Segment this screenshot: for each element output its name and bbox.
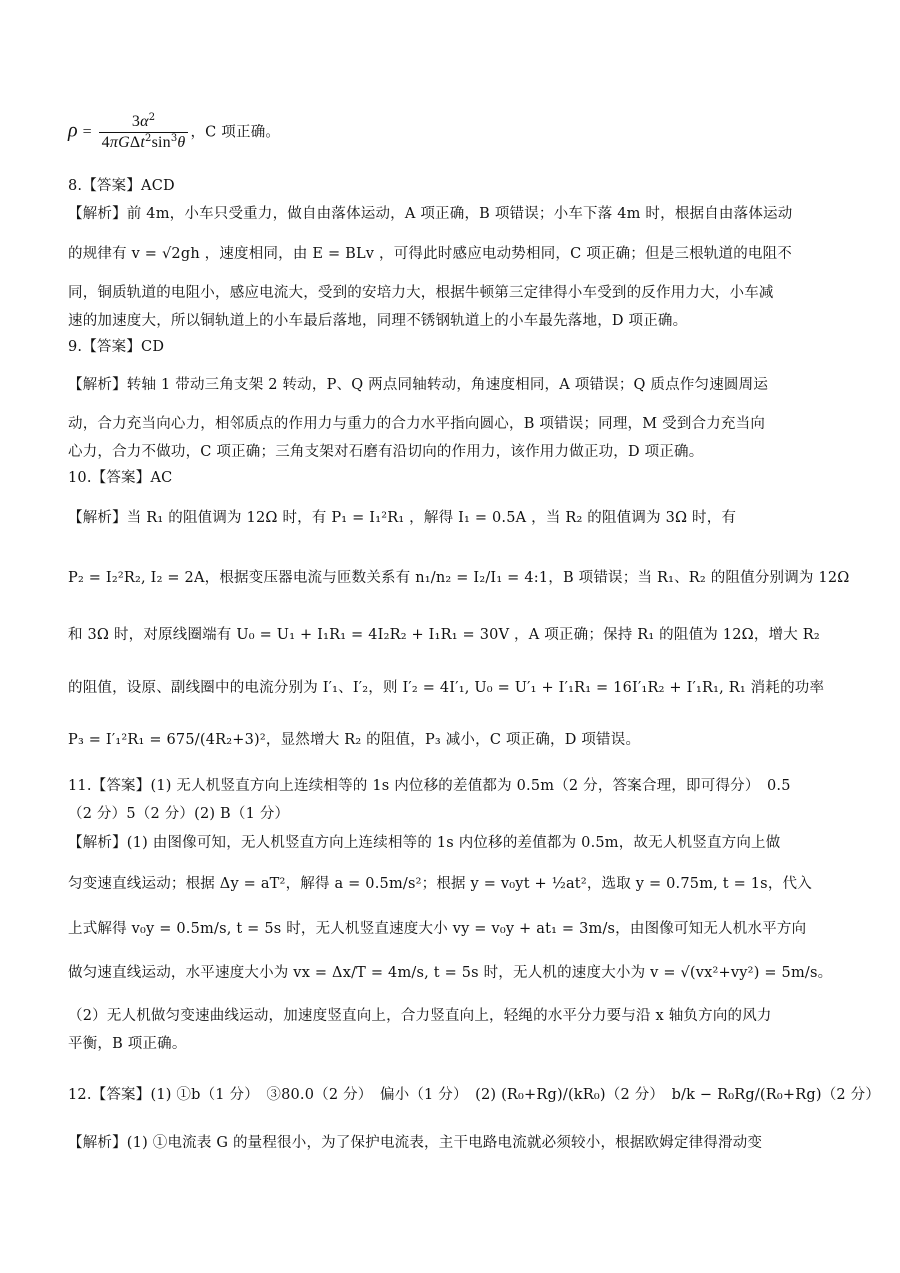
q9-analysis-line: 【解析】转轴 1 带动三角支架 2 转动，P、Q 两点同轴转动，角速度相同，A … [68,375,838,395]
q10-analysis-line: 【解析】当 R₁ 的阻值调为 12Ω 时，有 P₁ = I₁²R₁ ，解得 I₁… [68,508,838,528]
q12-answer: 12.【答案】(1) ①b（1 分） ③80.0（2 分） 偏小（1 分） (2… [68,1085,838,1105]
q10-analysis-line: P₂ = I₂²R₂, I₂ = 2A，根据变压器电流与匝数关系有 n₁/n₂ … [68,568,838,588]
q8-analysis-line: 【解析】前 4m，小车只受重力，做自由落体运动，A 项正确，B 项错误；小车下落… [68,204,838,224]
q10-analysis-line: P₃ = I′₁²R₁ = 675/(4R₂+3)²，显然增大 R₂ 的阻值，P… [68,730,838,750]
q12-analysis-line: 【解析】(1) ①电流表 G 的量程很小，为了保护电流表，主干电路电流就必须较小… [68,1133,838,1153]
q11-analysis-line: 【解析】(1) 由图像可知，无人机竖直方向上连续相等的 1s 内位移的差值都为 … [68,833,838,853]
q10-analysis-line: 和 3Ω 时，对原线圈端有 U₀ = U₁ + I₁R₁ = 4I₂R₂ + I… [68,625,838,645]
rho-fraction: 3α2 4πGΔt2sin3θ [99,112,189,153]
q9-analysis-line: 心力，合力不做功，C 项正确；三角支架对石磨有沿切向的作用力，该作用力做正功，D… [68,442,838,462]
q10-answer: 10.【答案】AC [68,468,838,488]
q11-analysis-line: 上式解得 v₀y = 0.5m/s, t = 5s 时，无人机竖直速度大小 vy… [68,919,838,939]
q8-analysis-line: 速的加速度大，所以铜轨道上的小车最后落地，同理不锈钢轨道上的小车最先落地，D 项… [68,311,838,331]
q7-formula-line: ρ = 3α2 4πGΔt2sin3θ ，C 项正确。 [68,112,838,162]
q8-analysis-line: 同，铜质轨道的电阻小，感应电流大，受到的安培力大，根据牛顿第三定律得小车受到的反… [68,283,838,303]
q11-analysis-line: 匀变速直线运动；根据 Δy = aT²，解得 a = 0.5m/s²；根据 y … [68,874,838,894]
q8-answer: 8.【答案】ACD [68,176,838,196]
q9-answer: 9.【答案】CD [68,337,838,357]
q10-analysis-line: 的阻值，设原、副线圈中的电流分别为 I′₁、I′₂，则 I′₂ = 4I′₁, … [68,678,838,698]
q11-analysis-line: 平衡，B 项正确。 [68,1034,838,1054]
q11-analysis-line: 做匀速直线运动，水平速度大小为 vx = Δx/T = 4m/s, t = 5s… [68,963,838,983]
q9-analysis-line: 动，合力充当向心力，相邻质点的作用力与重力的合力水平指向圆心，B 项错误；同理，… [68,414,838,434]
answer-key-page: ρ = 3α2 4πGΔt2sin3θ ，C 项正确。 8.【答案】ACD 【解… [0,0,900,1273]
q11-answer-line: 11.【答案】(1) 无人机竖直方向上连续相等的 1s 内位移的差值都为 0.5… [68,776,838,796]
q8-analysis-line: 的规律有 v = √2gh ，速度相同，由 E = BLv ，可得此时感应电动势… [68,244,838,264]
q11-analysis-line: （2）无人机做匀变速曲线运动，加速度竖直向上，合力竖直向上，轻绳的水平分力要与沿… [68,1006,838,1026]
q11-answer-line: （2 分）5（2 分）(2) B（1 分） [68,804,838,824]
